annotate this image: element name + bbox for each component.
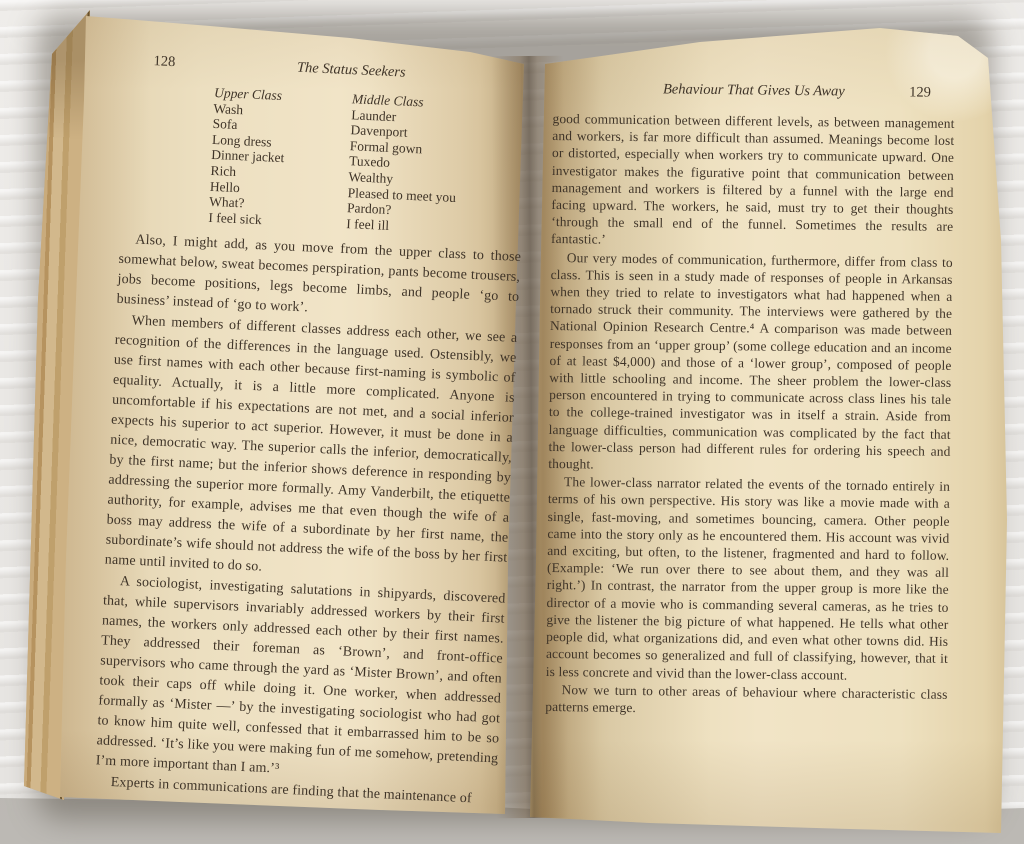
vocab-cell: Tuxedo [349, 154, 390, 171]
paragraph: Now we turn to other areas of behaviour … [545, 681, 947, 720]
paragraph: Our very modes of communication, further… [548, 249, 953, 478]
left-page-content: 128 The Status Seekers Upper Class Middl… [94, 50, 529, 811]
right-page-number: 129 [909, 84, 931, 101]
paragraph: When members of different classes addres… [104, 311, 517, 589]
class-vocabulary-table: Upper Class Middle Class Wash Launder So… [208, 85, 528, 239]
right-page-content: Behaviour That Gives Us Away 129 good co… [545, 80, 955, 720]
paragraph: A sociologist, investigating salutations… [95, 572, 506, 790]
paragraph: good communication between different lev… [551, 110, 955, 253]
left-page-number: 128 [153, 51, 176, 72]
right-running-head-row: Behaviour That Gives Us Away 129 [553, 80, 955, 103]
vocab-cell: I feel ill [346, 216, 389, 234]
paragraph: The lower-class narrator related the eve… [546, 473, 950, 684]
right-running-head-title: Behaviour That Gives Us Away [553, 80, 955, 102]
